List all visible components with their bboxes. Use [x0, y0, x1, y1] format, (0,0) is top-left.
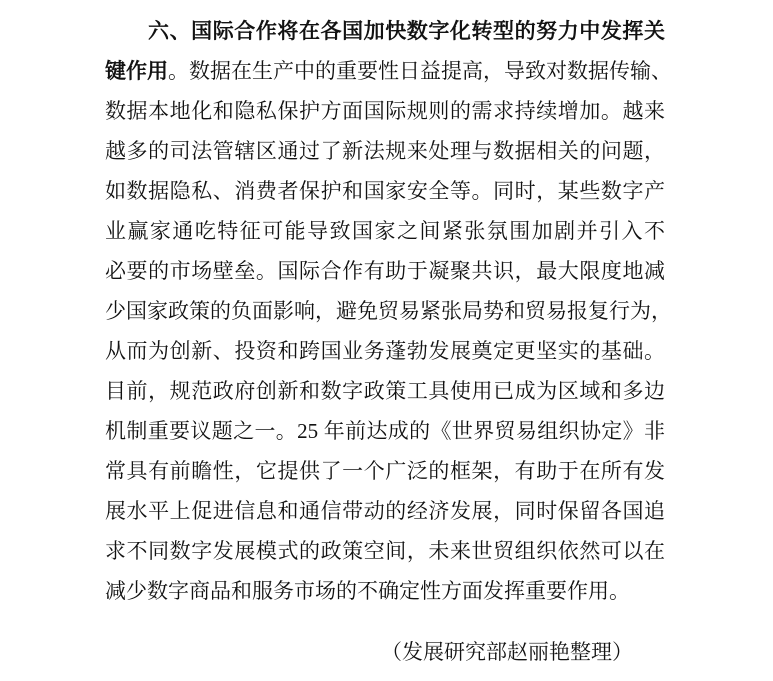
text-line: 数据本地化和隐私保护方面国际规则的需求持续增加。越来 — [105, 91, 665, 131]
line-text: 目前，规范政府创新和数字政策工具使用已成为区域和多边 — [105, 379, 665, 403]
text-line: 六、国际合作将在各国加快数字化转型的努力中发挥关 — [105, 11, 665, 51]
document-page: 六、国际合作将在各国加快数字化转型的努力中发挥关 键作用。数据在生产中的重要性日… — [0, 0, 773, 681]
text-line: 越多的司法管辖区通过了新法规来处理与数据相关的问题， — [105, 131, 665, 171]
line-text: 减少数字商品和服务市场的不确定性方面发挥重要作用。 — [105, 579, 630, 603]
line-text: 求不同数字发展模式的政策空间，未来世贸组织依然可以在 — [105, 539, 665, 563]
line-text: 如数据隐私、消费者保护和国家安全等。同时，某些数字产 — [105, 179, 665, 203]
section-heading-run: 键作用 — [105, 60, 168, 83]
text-line: 键作用。数据在生产中的重要性日益提高，导致对数据传输、 — [105, 51, 665, 91]
line-text: 数据本地化和隐私保护方面国际规则的需求持续增加。越来 — [105, 99, 665, 123]
text-line: 减少数字商品和服务市场的不确定性方面发挥重要作用。 — [105, 571, 665, 611]
text-line: 如数据隐私、消费者保护和国家安全等。同时，某些数字产 — [105, 171, 665, 211]
text-line: 少国家政策的负面影响，避免贸易紧张局势和贸易报复行为， — [105, 291, 665, 331]
line-text: 少国家政策的负面影响，避免贸易紧张局势和贸易报复行为， — [105, 299, 665, 323]
text-line: 常具有前瞻性，它提供了一个广泛的框架，有助于在所有发 — [105, 451, 665, 491]
line-text: 。数据在生产中的重要性日益提高，导致对数据传输、 — [168, 59, 665, 83]
article-body: 六、国际合作将在各国加快数字化转型的努力中发挥关 键作用。数据在生产中的重要性日… — [105, 11, 665, 672]
text-line: 必要的市场壁垒。国际合作有助于凝聚共识，最大限度地减 — [105, 251, 665, 291]
line-text: 越多的司法管辖区通过了新法规来处理与数据相关的问题， — [105, 139, 665, 163]
text-line: 业赢家通吃特征可能导致国家之间紧张氛围加剧并引入不 — [105, 211, 665, 251]
line-text: 展水平上促进信息和通信带动的经济发展，同时保留各国追 — [105, 499, 665, 523]
text-line: 从而为创新、投资和跨国业务蓬勃发展奠定更坚实的基础。 — [105, 331, 665, 371]
text-line: 机制重要议题之一。25 年前达成的《世界贸易组织协定》非 — [105, 411, 665, 451]
signature-line: （发展研究部赵丽艳整理） — [105, 632, 665, 672]
signature-text: （发展研究部赵丽艳整理） — [381, 640, 633, 664]
line-text: 必要的市场壁垒。国际合作有助于凝聚共识，最大限度地减 — [105, 259, 665, 283]
line-text: 从而为创新、投资和跨国业务蓬勃发展奠定更坚实的基础。 — [105, 339, 665, 363]
line-text: 常具有前瞻性，它提供了一个广泛的框架，有助于在所有发 — [105, 459, 665, 483]
line-text: 机制重要议题之一。25 年前达成的《世界贸易组织协定》非 — [105, 419, 665, 443]
section-heading-run: 六、国际合作将在各国加快数字化转型的努力中发挥关 — [148, 20, 665, 43]
text-line: 求不同数字发展模式的政策空间，未来世贸组织依然可以在 — [105, 531, 665, 571]
line-text: 业赢家通吃特征可能导致国家之间紧张氛围加剧并引入不 — [105, 219, 665, 243]
text-line: 目前，规范政府创新和数字政策工具使用已成为区域和多边 — [105, 371, 665, 411]
text-line: 展水平上促进信息和通信带动的经济发展，同时保留各国追 — [105, 491, 665, 531]
